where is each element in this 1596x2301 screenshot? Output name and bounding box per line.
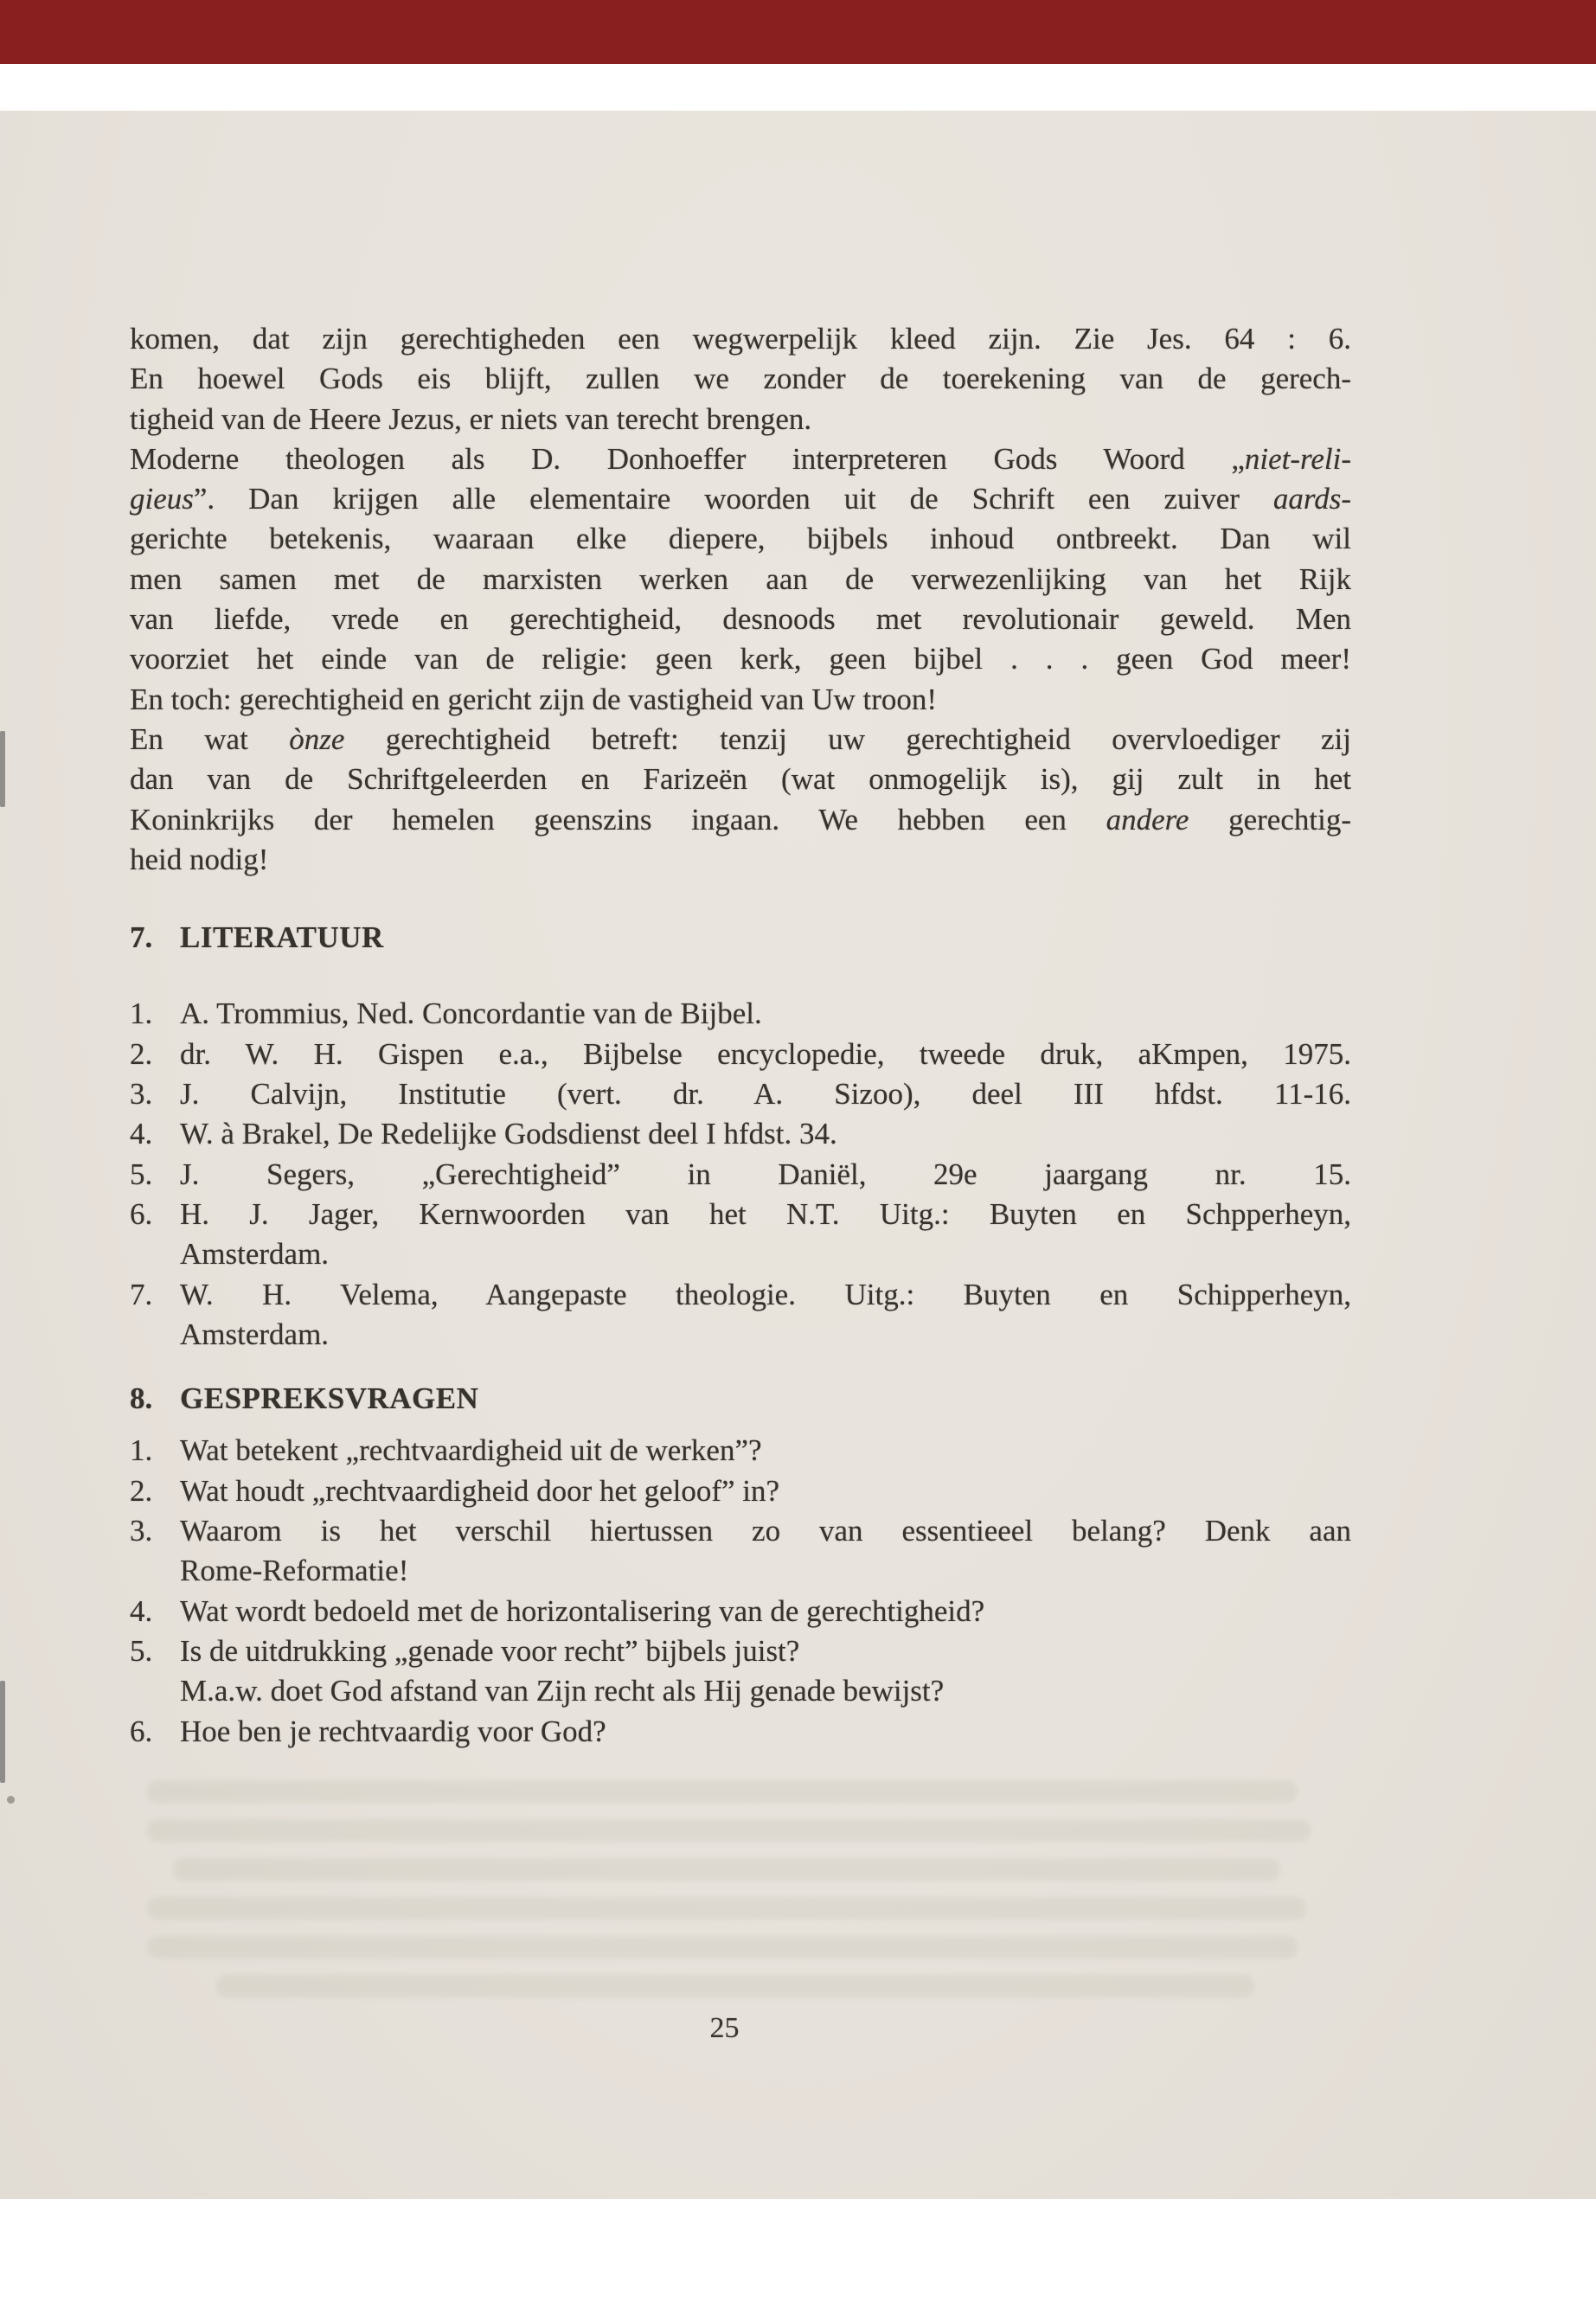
text-line: Rome-Reformatie! bbox=[180, 1551, 1351, 1591]
section-heading: 7.LITERATUUR bbox=[130, 918, 1351, 958]
text-line: Wat wordt bedoeld met de horizontaliseri… bbox=[180, 1592, 1351, 1631]
text-run: En wat bbox=[130, 722, 289, 756]
item-number: 5. bbox=[130, 1631, 152, 1671]
text-run: J. Calvijn, Institutie (vert. dr. A. Siz… bbox=[180, 1077, 1351, 1111]
text-line: voorziet het einde van de religie: geen … bbox=[130, 639, 1351, 679]
text-line: Is de uitdrukking „genade voor recht” bi… bbox=[180, 1631, 1351, 1671]
item-number: 4. bbox=[130, 1114, 152, 1154]
text-run: komen, dat zijn gerechtigheden een wegwe… bbox=[130, 322, 1351, 356]
text-line: Wat betekent „rechtvaardigheid uit de we… bbox=[180, 1431, 1351, 1471]
text-line: tigheid van de Heere Jezus, er niets van… bbox=[130, 400, 1351, 439]
item-text: Wat houdt „rechtvaardigheid door het gel… bbox=[180, 1471, 1351, 1511]
page-content: komen, dat zijn gerechtigheden een wegwe… bbox=[130, 111, 1351, 1752]
italic-text-run: aards- bbox=[1273, 482, 1351, 516]
text-run: heid nodig! bbox=[130, 843, 268, 876]
text-run: A. Trommius, Ned. Concordantie van de Bi… bbox=[180, 997, 762, 1030]
list-item: 5.Is de uitdrukking „genade voor recht” … bbox=[130, 1631, 1351, 1712]
text-run: Wat betekent „rechtvaardigheid uit de we… bbox=[180, 1433, 762, 1467]
text-line: Moderne theologen als D. Donhoeffer inte… bbox=[130, 439, 1351, 479]
list-item: 7.W. H. Velema, Aangepaste theologie. Ui… bbox=[130, 1275, 1351, 1356]
bleed-through-text bbox=[147, 1819, 1311, 1842]
text-line: W. H. Velema, Aangepaste theologie. Uitg… bbox=[180, 1275, 1351, 1315]
text-line: Amsterdam. bbox=[180, 1234, 1351, 1274]
scanned-page: komen, dat zijn gerechtigheden een wegwe… bbox=[0, 111, 1596, 2199]
item-number: 2. bbox=[130, 1471, 152, 1511]
body-paragraph: komen, dat zijn gerechtigheden een wegwe… bbox=[130, 319, 1351, 880]
text-line: gerichte betekenis, waaraan elke diepere… bbox=[130, 519, 1351, 559]
text-run: Is de uitdrukking „genade voor recht” bi… bbox=[180, 1634, 799, 1668]
text-line: van liefde, vrede en gerechtigheid, desn… bbox=[130, 599, 1351, 639]
item-number: 1. bbox=[130, 1431, 152, 1471]
text-line: A. Trommius, Ned. Concordantie van de Bi… bbox=[180, 994, 1351, 1034]
text-line: W. à Brakel, De Redelijke Godsdienst dee… bbox=[180, 1114, 1351, 1154]
text-run: gerichte betekenis, waaraan elke diepere… bbox=[130, 522, 1351, 555]
text-line: dr. W. H. Gispen e.a., Bijbelse encyclop… bbox=[180, 1035, 1351, 1074]
text-run: tigheid van de Heere Jezus, er niets van… bbox=[130, 402, 811, 436]
item-number: 2. bbox=[130, 1035, 152, 1074]
text-line: M.a.w. doet God afstand van Zijn recht a… bbox=[180, 1671, 1351, 1711]
italic-text-run: gieus bbox=[130, 482, 194, 516]
bleed-through-text bbox=[173, 1858, 1280, 1881]
bleed-through-text bbox=[147, 1897, 1306, 1920]
list-item: 2.Wat houdt „rechtvaardigheid door het g… bbox=[130, 1471, 1351, 1511]
item-list: 1.A. Trommius, Ned. Concordantie van de … bbox=[130, 994, 1351, 1355]
text-run: Hoe ben je rechtvaardig voor God? bbox=[180, 1715, 606, 1748]
text-run: J. Segers, „Gerechtigheid” in Daniël, 29… bbox=[180, 1157, 1351, 1191]
scan-edge-artifact bbox=[7, 1796, 15, 1804]
text-line: J. Calvijn, Institutie (vert. dr. A. Siz… bbox=[180, 1074, 1351, 1114]
section-number: 7. bbox=[130, 918, 152, 958]
item-text: J. Segers, „Gerechtigheid” in Daniël, 29… bbox=[180, 1155, 1351, 1195]
section-number: 8. bbox=[130, 1379, 152, 1419]
text-line: men samen met de marxisten werken aan de… bbox=[130, 560, 1351, 599]
text-run: Amsterdam. bbox=[180, 1317, 329, 1351]
bleed-through-text bbox=[147, 1936, 1298, 1958]
text-run: Amsterdam. bbox=[180, 1237, 329, 1271]
text-line: gieus”. Dan krijgen alle elementaire woo… bbox=[130, 479, 1351, 519]
text-run: men samen met de marxisten werken aan de… bbox=[130, 562, 1351, 596]
item-text: Wat betekent „rechtvaardigheid uit de we… bbox=[180, 1431, 1351, 1471]
item-text: W. à Brakel, De Redelijke Godsdienst dee… bbox=[180, 1114, 1351, 1154]
section-title: LITERATUUR bbox=[180, 920, 384, 954]
text-line: J. Segers, „Gerechtigheid” in Daniël, 29… bbox=[180, 1155, 1351, 1195]
text-run: En toch: gerechtigheid en gericht zijn d… bbox=[130, 683, 937, 716]
list-item: 3.J. Calvijn, Institutie (vert. dr. A. S… bbox=[130, 1074, 1351, 1114]
list-item: 3.Waarom is het verschil hiertussen zo v… bbox=[130, 1511, 1351, 1592]
text-run: Waarom is het verschil hiertussen zo van… bbox=[180, 1514, 1351, 1548]
list-item: 4.Wat wordt bedoeld met de horizontalise… bbox=[130, 1592, 1351, 1631]
text-run: van liefde, vrede en gerechtigheid, desn… bbox=[130, 602, 1351, 636]
item-text: Waarom is het verschil hiertussen zo van… bbox=[180, 1511, 1351, 1592]
text-run: Rome-Reformatie! bbox=[180, 1554, 408, 1587]
text-line: En toch: gerechtigheid en gericht zijn d… bbox=[130, 680, 1351, 720]
text-line: Waarom is het verschil hiertussen zo van… bbox=[180, 1511, 1351, 1551]
text-run: En hoewel Gods eis blijft, zullen we zon… bbox=[130, 362, 1351, 395]
list-item: 6.Hoe ben je rechtvaardig voor God? bbox=[130, 1712, 1351, 1752]
text-run: Koninkrijks der hemelen geenszins ingaan… bbox=[130, 803, 1106, 836]
text-run: dr. W. H. Gispen e.a., Bijbelse encyclop… bbox=[180, 1037, 1351, 1071]
list-item: 1.A. Trommius, Ned. Concordantie van de … bbox=[130, 994, 1351, 1034]
list-item: 6.H. J. Jager, Kernwoorden van het N.T. … bbox=[130, 1195, 1351, 1275]
list-item: 2.dr. W. H. Gispen e.a., Bijbelse encycl… bbox=[130, 1035, 1351, 1074]
text-run: gerechtigheid betreft: tenzij uw gerecht… bbox=[344, 722, 1351, 756]
item-text: A. Trommius, Ned. Concordantie van de Bi… bbox=[180, 994, 1351, 1034]
sections: 7.LITERATUUR1.A. Trommius, Ned. Concorda… bbox=[130, 918, 1351, 1752]
text-line: En wat ònze gerechtigheid betreft: tenzi… bbox=[130, 720, 1351, 760]
item-text: dr. W. H. Gispen e.a., Bijbelse encyclop… bbox=[180, 1035, 1351, 1074]
text-run: M.a.w. doet God afstand van Zijn recht a… bbox=[180, 1674, 944, 1708]
text-line: komen, dat zijn gerechtigheden een wegwe… bbox=[130, 319, 1351, 359]
item-number: 4. bbox=[130, 1592, 152, 1631]
text-line: H. J. Jager, Kernwoorden van het N.T. Ui… bbox=[180, 1195, 1351, 1234]
section-heading: 8.GESPREKSVRAGEN bbox=[130, 1379, 1351, 1419]
text-line: Hoe ben je rechtvaardig voor God? bbox=[180, 1712, 1351, 1752]
text-run: H. J. Jager, Kernwoorden van het N.T. Ui… bbox=[180, 1197, 1351, 1231]
text-run: voorziet het einde van de religie: geen … bbox=[130, 642, 1351, 676]
item-text: J. Calvijn, Institutie (vert. dr. A. Siz… bbox=[180, 1074, 1351, 1114]
text-run: W. H. Velema, Aangepaste theologie. Uitg… bbox=[180, 1278, 1351, 1311]
text-run: W. à Brakel, De Redelijke Godsdienst dee… bbox=[180, 1117, 837, 1150]
list-item: 1.Wat betekent „rechtvaardigheid uit de … bbox=[130, 1431, 1351, 1471]
section: 7.LITERATUUR1.A. Trommius, Ned. Concorda… bbox=[130, 918, 1351, 1355]
text-run: Wat wordt bedoeld met de horizontaliseri… bbox=[180, 1594, 984, 1628]
text-run: dan van de Schriftgeleerden en Farizeën … bbox=[130, 762, 1351, 796]
text-line: dan van de Schriftgeleerden en Farizeën … bbox=[130, 760, 1351, 799]
section-title: GESPREKSVRAGEN bbox=[180, 1381, 478, 1415]
page-number: 25 bbox=[0, 2012, 1522, 2045]
item-number: 7. bbox=[130, 1275, 152, 1315]
item-text: Wat wordt bedoeld met de horizontaliseri… bbox=[180, 1592, 1351, 1631]
item-text: Is de uitdrukking „genade voor recht” bi… bbox=[180, 1631, 1351, 1712]
item-number: 3. bbox=[130, 1511, 152, 1551]
item-text: Hoe ben je rechtvaardig voor God? bbox=[180, 1712, 1351, 1752]
item-number: 5. bbox=[130, 1155, 152, 1195]
text-run: gerechtig- bbox=[1189, 803, 1351, 836]
text-run: Moderne theologen als D. Donhoeffer inte… bbox=[130, 442, 1245, 476]
scan-edge-artifact bbox=[0, 1681, 5, 1783]
bleed-through-text bbox=[147, 1780, 1298, 1803]
item-text: W. H. Velema, Aangepaste theologie. Uitg… bbox=[180, 1275, 1351, 1356]
list-item: 5.J. Segers, „Gerechtigheid” in Daniël, … bbox=[130, 1155, 1351, 1195]
section: 8.GESPREKSVRAGEN1.Wat betekent „rechtvaa… bbox=[130, 1379, 1351, 1752]
book-cover-band bbox=[0, 0, 1596, 64]
text-line: En hoewel Gods eis blijft, zullen we zon… bbox=[130, 359, 1351, 399]
text-line: Wat houdt „rechtvaardigheid door het gel… bbox=[180, 1471, 1351, 1511]
text-run: ”. Dan krijgen alle elementaire woorden … bbox=[194, 482, 1273, 516]
list-item: 4.W. à Brakel, De Redelijke Godsdienst d… bbox=[130, 1114, 1351, 1154]
italic-text-run: andere bbox=[1106, 803, 1189, 836]
scan-edge-artifact bbox=[0, 731, 5, 807]
item-number: 6. bbox=[130, 1195, 152, 1234]
item-number: 6. bbox=[130, 1712, 152, 1752]
item-list: 1.Wat betekent „rechtvaardigheid uit de … bbox=[130, 1431, 1351, 1751]
text-line: Amsterdam. bbox=[180, 1315, 1351, 1355]
italic-text-run: niet-reli- bbox=[1245, 442, 1351, 476]
italic-text-run: ònze bbox=[289, 722, 344, 756]
text-line: Koninkrijks der hemelen geenszins ingaan… bbox=[130, 800, 1351, 840]
text-run: Wat houdt „rechtvaardigheid door het gel… bbox=[180, 1474, 779, 1508]
bleed-through-text bbox=[216, 1975, 1254, 1997]
item-number: 3. bbox=[130, 1074, 152, 1114]
item-text: H. J. Jager, Kernwoorden van het N.T. Ui… bbox=[180, 1195, 1351, 1275]
item-number: 1. bbox=[130, 994, 152, 1034]
text-line: heid nodig! bbox=[130, 840, 1351, 880]
